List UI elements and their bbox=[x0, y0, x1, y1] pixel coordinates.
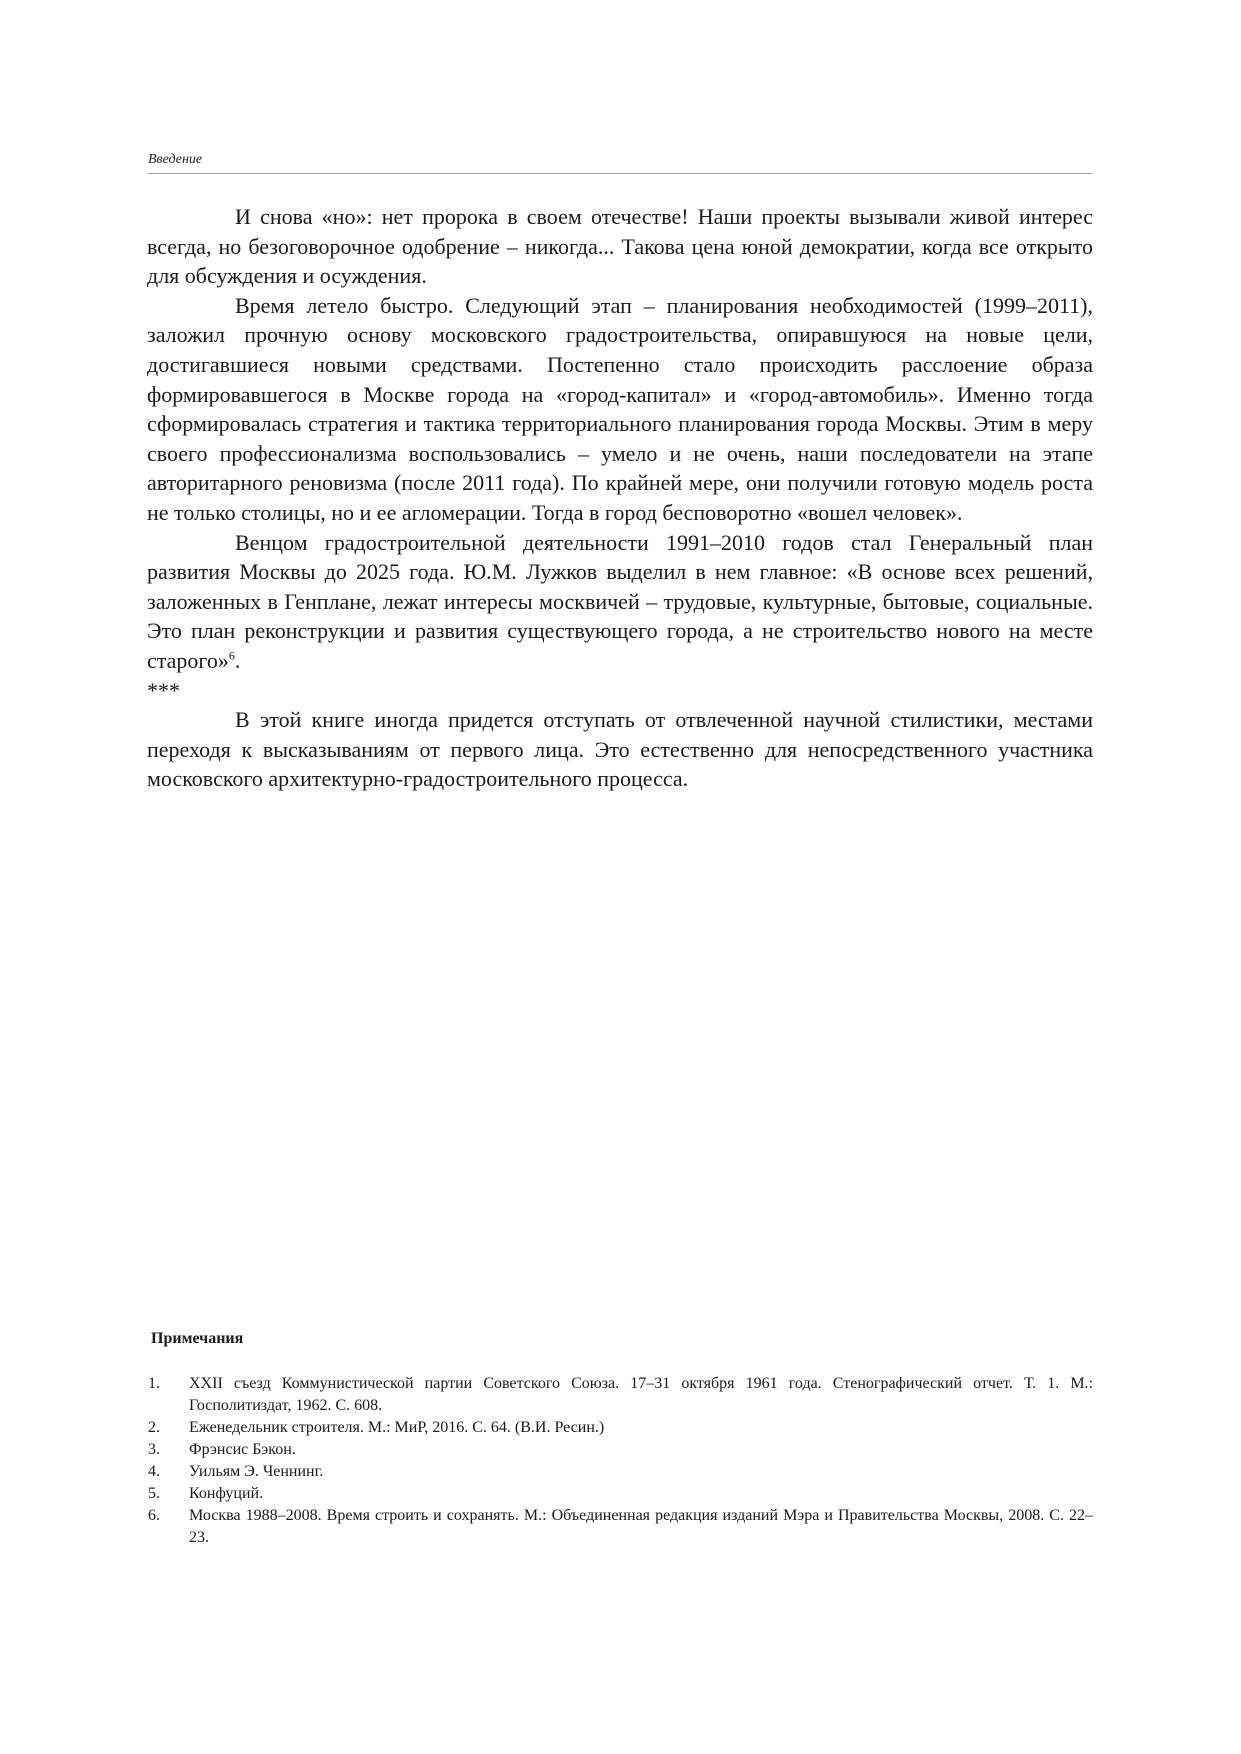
note-text: Москва 1988–2008. Время строить и сохран… bbox=[189, 1507, 1093, 1546]
note-number: 6. bbox=[148, 1505, 160, 1527]
paragraph: И снова «но»: нет пророка в своем отечес… bbox=[147, 202, 1093, 291]
note-text: Еженедельник строителя. М.: МиР, 2016. С… bbox=[189, 1419, 604, 1436]
note-item: 1.XXII съезд Коммунистической партии Сов… bbox=[151, 1373, 1093, 1417]
header-rule bbox=[147, 173, 1093, 174]
note-number: 1. bbox=[148, 1373, 160, 1395]
note-text: Фрэнсис Бэкон. bbox=[189, 1441, 296, 1458]
note-item: 4.Уильям Э. Ченнинг. bbox=[151, 1461, 1093, 1483]
notes-list: 1.XXII съезд Коммунистической партии Сов… bbox=[151, 1373, 1093, 1549]
paragraph: Венцом градостроительной деятельности 19… bbox=[147, 528, 1093, 676]
note-item: 2.Еженедельник строителя. М.: МиР, 2016.… bbox=[151, 1417, 1093, 1439]
running-head: Введение bbox=[148, 152, 202, 168]
note-number: 2. bbox=[148, 1417, 160, 1439]
paragraph-text: Венцом градостроительной деятельности 19… bbox=[147, 530, 1093, 673]
note-item: 6.Москва 1988–2008. Время строить и сохр… bbox=[151, 1505, 1093, 1549]
notes-section: Примечания 1.XXII съезд Коммунистической… bbox=[151, 1330, 1093, 1549]
paragraph: В этой книге иногда придется отступать о… bbox=[147, 705, 1093, 794]
note-item: 5.Конфуций. bbox=[151, 1483, 1093, 1505]
note-text: Конфуций. bbox=[189, 1485, 263, 1502]
paragraph-end: . bbox=[235, 648, 241, 673]
note-number: 5. bbox=[148, 1483, 160, 1505]
note-number: 4. bbox=[148, 1461, 160, 1483]
note-number: 3. bbox=[148, 1439, 160, 1461]
notes-title: Примечания bbox=[151, 1330, 1093, 1348]
paragraph: Время летело быстро. Следующий этап – пл… bbox=[147, 291, 1093, 528]
body-text: И снова «но»: нет пророка в своем отечес… bbox=[147, 202, 1093, 794]
section-break-asterism: *** bbox=[147, 676, 1093, 706]
note-text: Уильям Э. Ченнинг. bbox=[189, 1463, 323, 1480]
note-item: 3.Фрэнсис Бэкон. bbox=[151, 1439, 1093, 1461]
note-text: XXII съезд Коммунистической партии Совет… bbox=[189, 1375, 1093, 1414]
